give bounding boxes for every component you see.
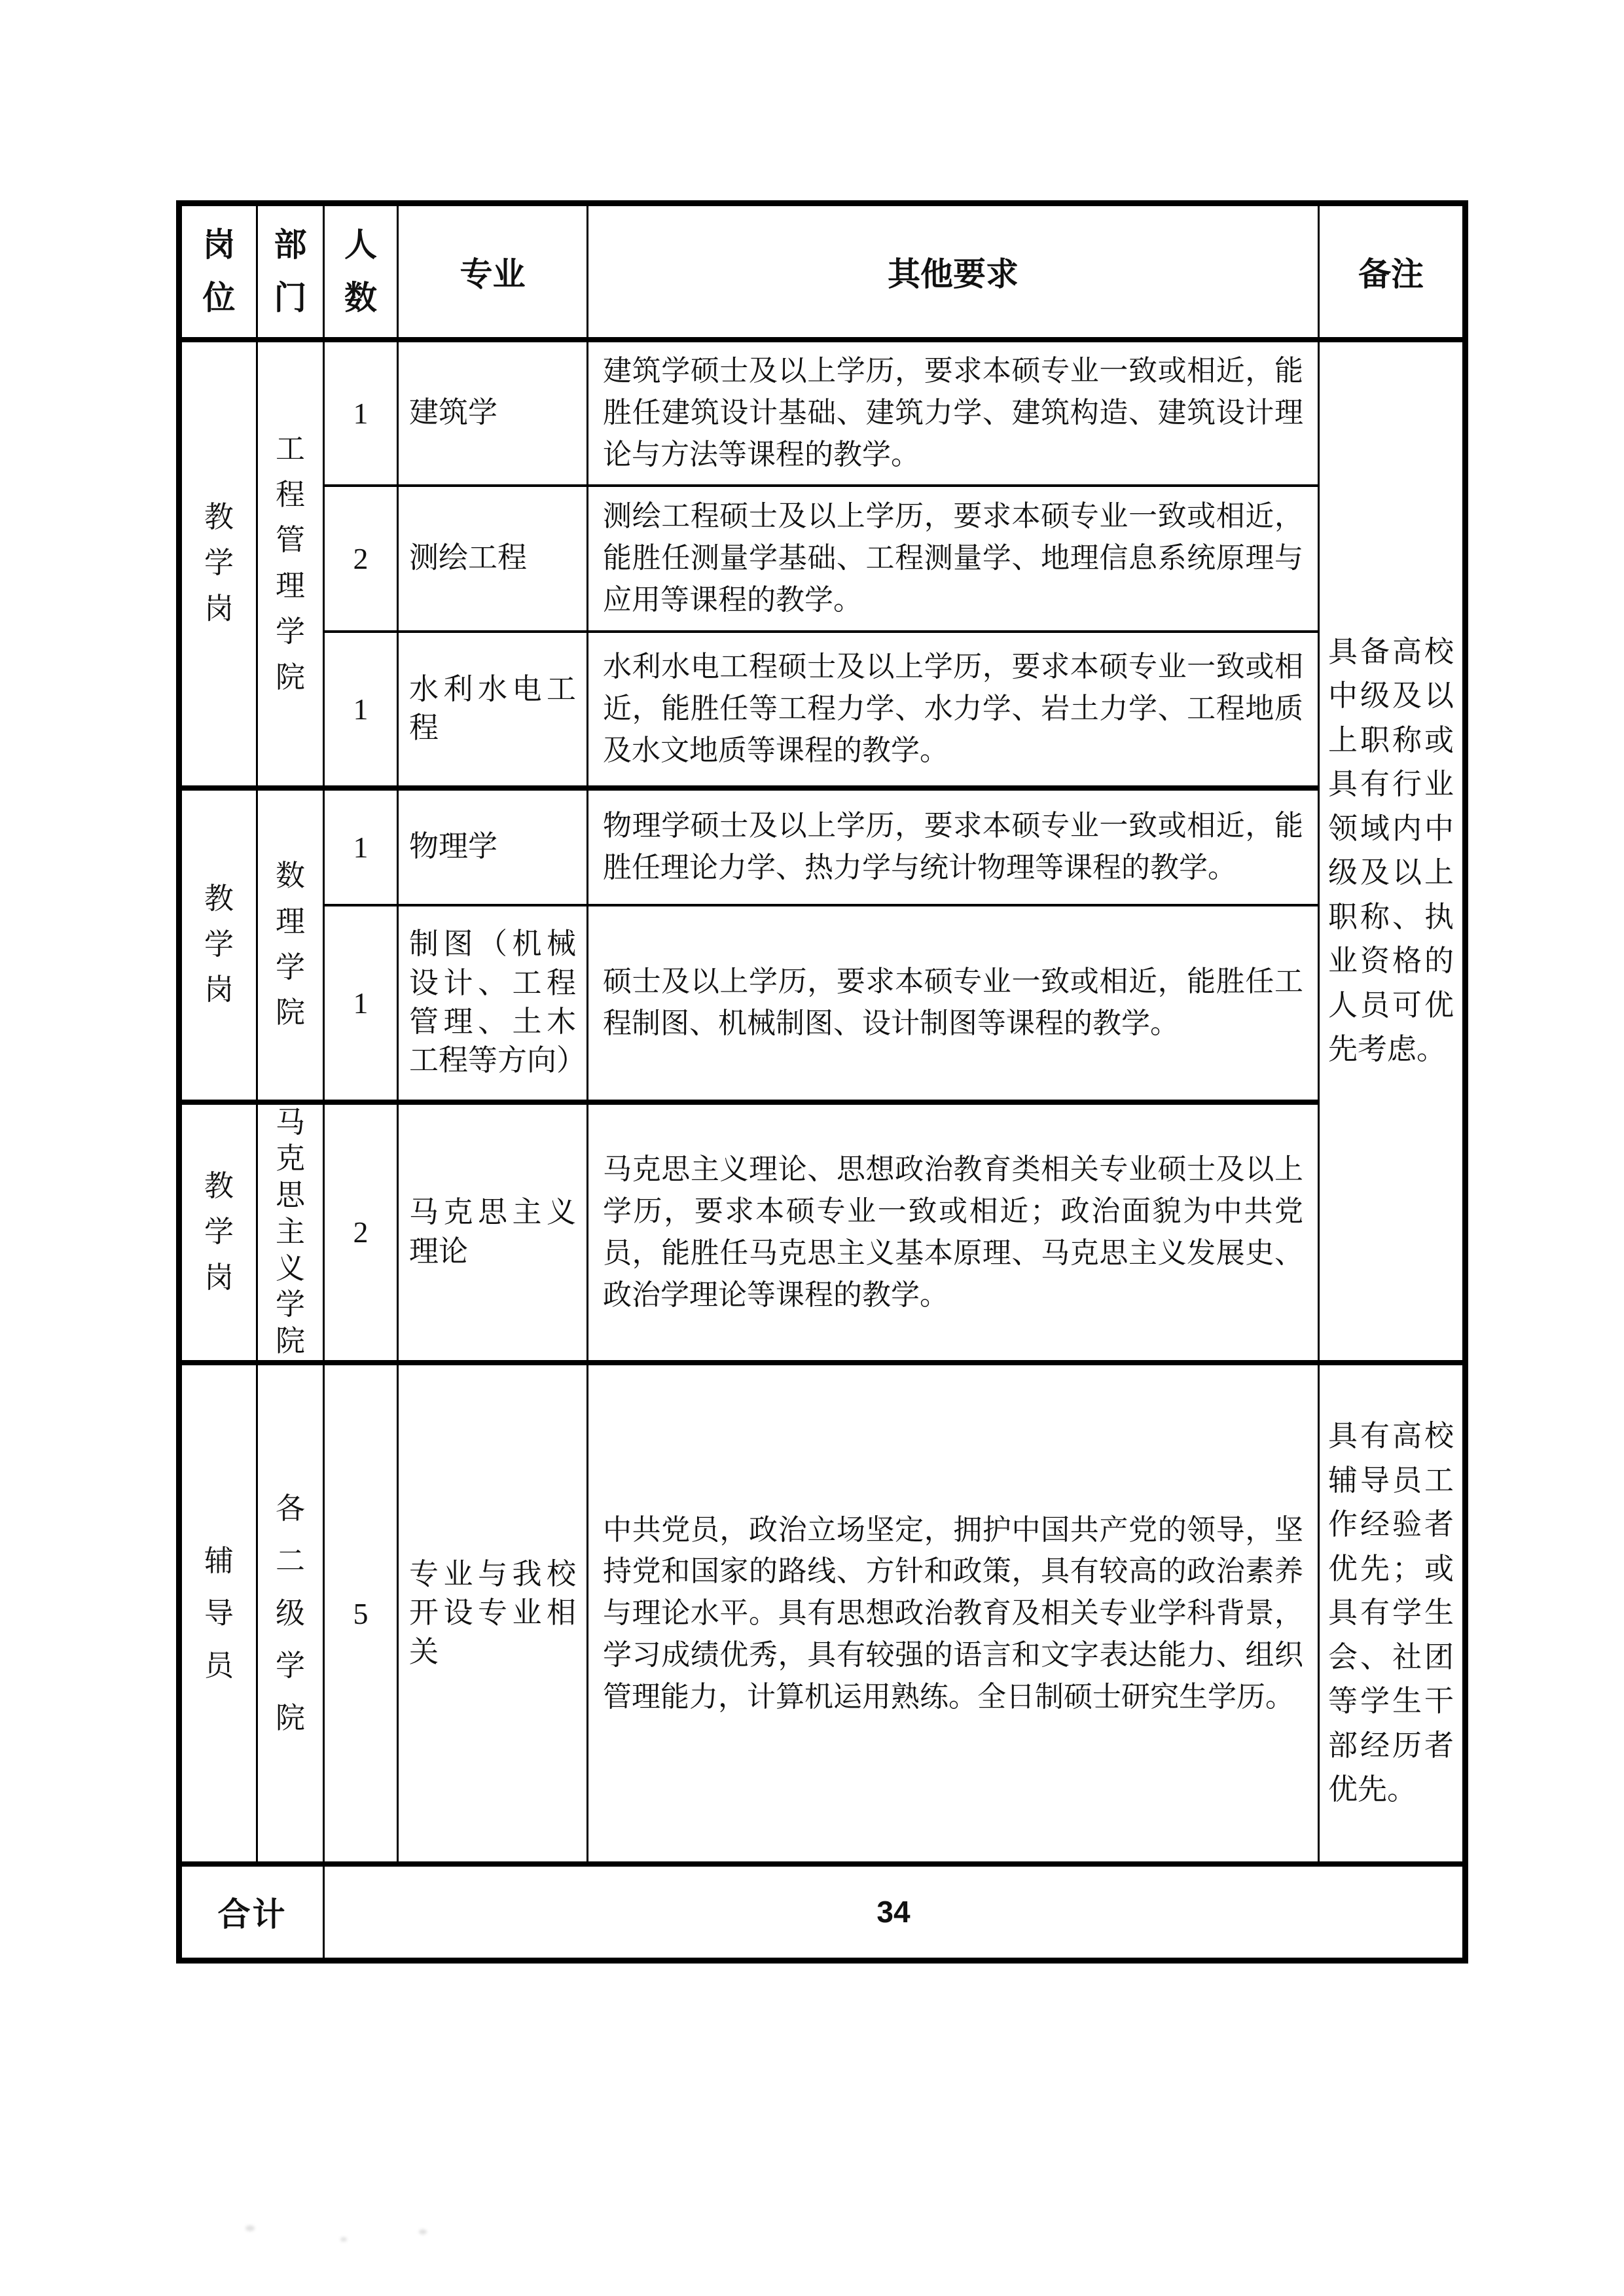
scan-artifact (419, 2229, 427, 2234)
position-text: 辅导员 (204, 1535, 234, 1692)
header-requirements: 其他要求 (588, 204, 1319, 340)
scan-artifact (340, 2237, 347, 2242)
major-cell: 专业与我校开设专业相关 (398, 1363, 588, 1864)
header-remarks: 备注 (1319, 204, 1466, 340)
table-row: 2 测绘工程 测绘工程硕士及以上学历，要求本硕专业一致或相近，能胜任测量学基础、… (179, 486, 1466, 632)
position-cell-teaching-2: 教学岗 (179, 788, 257, 1102)
header-position-label: 岗位 (203, 219, 236, 325)
remarks-cell-counselor: 具有高校辅导员工作经验者优先；或具有学生会、社团等学生干部经历者优先。 (1319, 1363, 1466, 1864)
major-cell: 马克思主义理论 (398, 1102, 588, 1363)
header-count: 人数 (324, 204, 398, 340)
requirements-cell: 建筑学硕士及以上学历，要求本硕专业一致或相近，能胜任建筑设计基础、建筑力学、建筑… (588, 340, 1319, 486)
department-text: 各二级学院 (276, 1482, 305, 1744)
table-row: 辅导员 各二级学院 5 专业与我校开设专业相关 中共党员，政治立场坚定，拥护中国… (179, 1363, 1466, 1864)
count-cell: 2 (324, 1102, 398, 1363)
major-cell: 测绘工程 (398, 486, 588, 632)
count-cell: 1 (324, 905, 398, 1102)
remarks-cell-teaching: 具备高校中级及以上职称或具有行业领域内中级及以上职称、执业资格的人员可优先考虑。 (1319, 340, 1466, 1363)
total-row: 合计 34 (179, 1864, 1466, 1960)
requirements-cell: 测绘工程硕士及以上学历，要求本硕专业一致或相近，能胜任测量学基础、工程测量学、地… (588, 486, 1319, 632)
header-department: 部门 (257, 204, 324, 340)
count-cell: 5 (324, 1363, 398, 1864)
major-cell: 建筑学 (398, 340, 588, 486)
department-cell-all-colleges: 各二级学院 (257, 1363, 324, 1864)
count-cell: 1 (324, 788, 398, 905)
requirements-cell: 马克思主义理论、思想政治教育类相关专业硕士及以上学历，要求本硕专业一致或相近；政… (588, 1102, 1319, 1363)
department-cell-engineering: 工程管理学院 (257, 340, 324, 788)
requirements-cell: 硕士及以上学历，要求本硕专业一致或相近，能胜任工程制图、机械制图、设计制图等课程… (588, 905, 1319, 1102)
requirements-cell: 水利水电工程硕士及以上学历，要求本硕专业一致或相近，能胜任等工程力学、水力学、岩… (588, 632, 1319, 788)
table-row: 1 水利水电工程 水利水电工程硕士及以上学历，要求本硕专业一致或相近，能胜任等工… (179, 632, 1466, 788)
department-text: 马克思主义学院 (276, 1105, 305, 1361)
header-position: 岗位 (179, 204, 257, 340)
position-text: 教学岗 (204, 1164, 234, 1300)
recruitment-table: 岗位 部门 人数 专业 其他要求 备注 教学岗 工程管理学院 1 建筑学 建筑学… (176, 200, 1468, 1964)
department-text: 工程管理学院 (276, 427, 305, 701)
header-row: 岗位 部门 人数 专业 其他要求 备注 (179, 204, 1466, 340)
count-cell: 1 (324, 340, 398, 486)
department-cell-science: 数理学院 (257, 788, 324, 1102)
scanned-document-page: { "table": { "headers": { "position": "岗… (0, 0, 1624, 2296)
count-cell: 2 (324, 486, 398, 632)
requirements-cell: 物理学硕士及以上学历，要求本硕专业一致或相近，能胜任理论力学、热力学与统计物理等… (588, 788, 1319, 905)
header-major: 专业 (398, 204, 588, 340)
position-text: 教学岗 (204, 495, 234, 632)
table-row: 1 制图（机械设计、工程管理、土木工程等方向） 硕士及以上学历，要求本硕专业一致… (179, 905, 1466, 1102)
total-label: 合计 (179, 1864, 324, 1960)
position-cell-counselor: 辅导员 (179, 1363, 257, 1864)
position-text: 教学岗 (204, 876, 234, 1013)
department-text: 数理学院 (276, 853, 305, 1036)
scan-artifact (245, 2225, 255, 2231)
total-value: 34 (324, 1864, 1466, 1960)
major-cell: 水利水电工程 (398, 632, 588, 788)
department-cell-marxism: 马克思主义学院 (257, 1102, 324, 1363)
major-cell: 物理学 (398, 788, 588, 905)
table-row: 教学岗 工程管理学院 1 建筑学 建筑学硕士及以上学历，要求本硕专业一致或相近，… (179, 340, 1466, 486)
major-cell: 制图（机械设计、工程管理、土木工程等方向） (398, 905, 588, 1102)
position-cell-teaching-3: 教学岗 (179, 1102, 257, 1363)
table-row: 教学岗 数理学院 1 物理学 物理学硕士及以上学历，要求本硕专业一致或相近，能胜… (179, 788, 1466, 905)
requirements-cell: 中共党员，政治立场坚定，拥护中国共产党的领导，坚持党和国家的路线、方针和政策，具… (588, 1363, 1319, 1864)
table-row: 教学岗 马克思主义学院 2 马克思主义理论 马克思主义理论、思想政治教育类相关专… (179, 1102, 1466, 1363)
count-cell: 1 (324, 632, 398, 788)
header-department-label: 部门 (274, 219, 307, 325)
position-cell-teaching-1: 教学岗 (179, 340, 257, 788)
header-count-label: 人数 (344, 219, 377, 325)
